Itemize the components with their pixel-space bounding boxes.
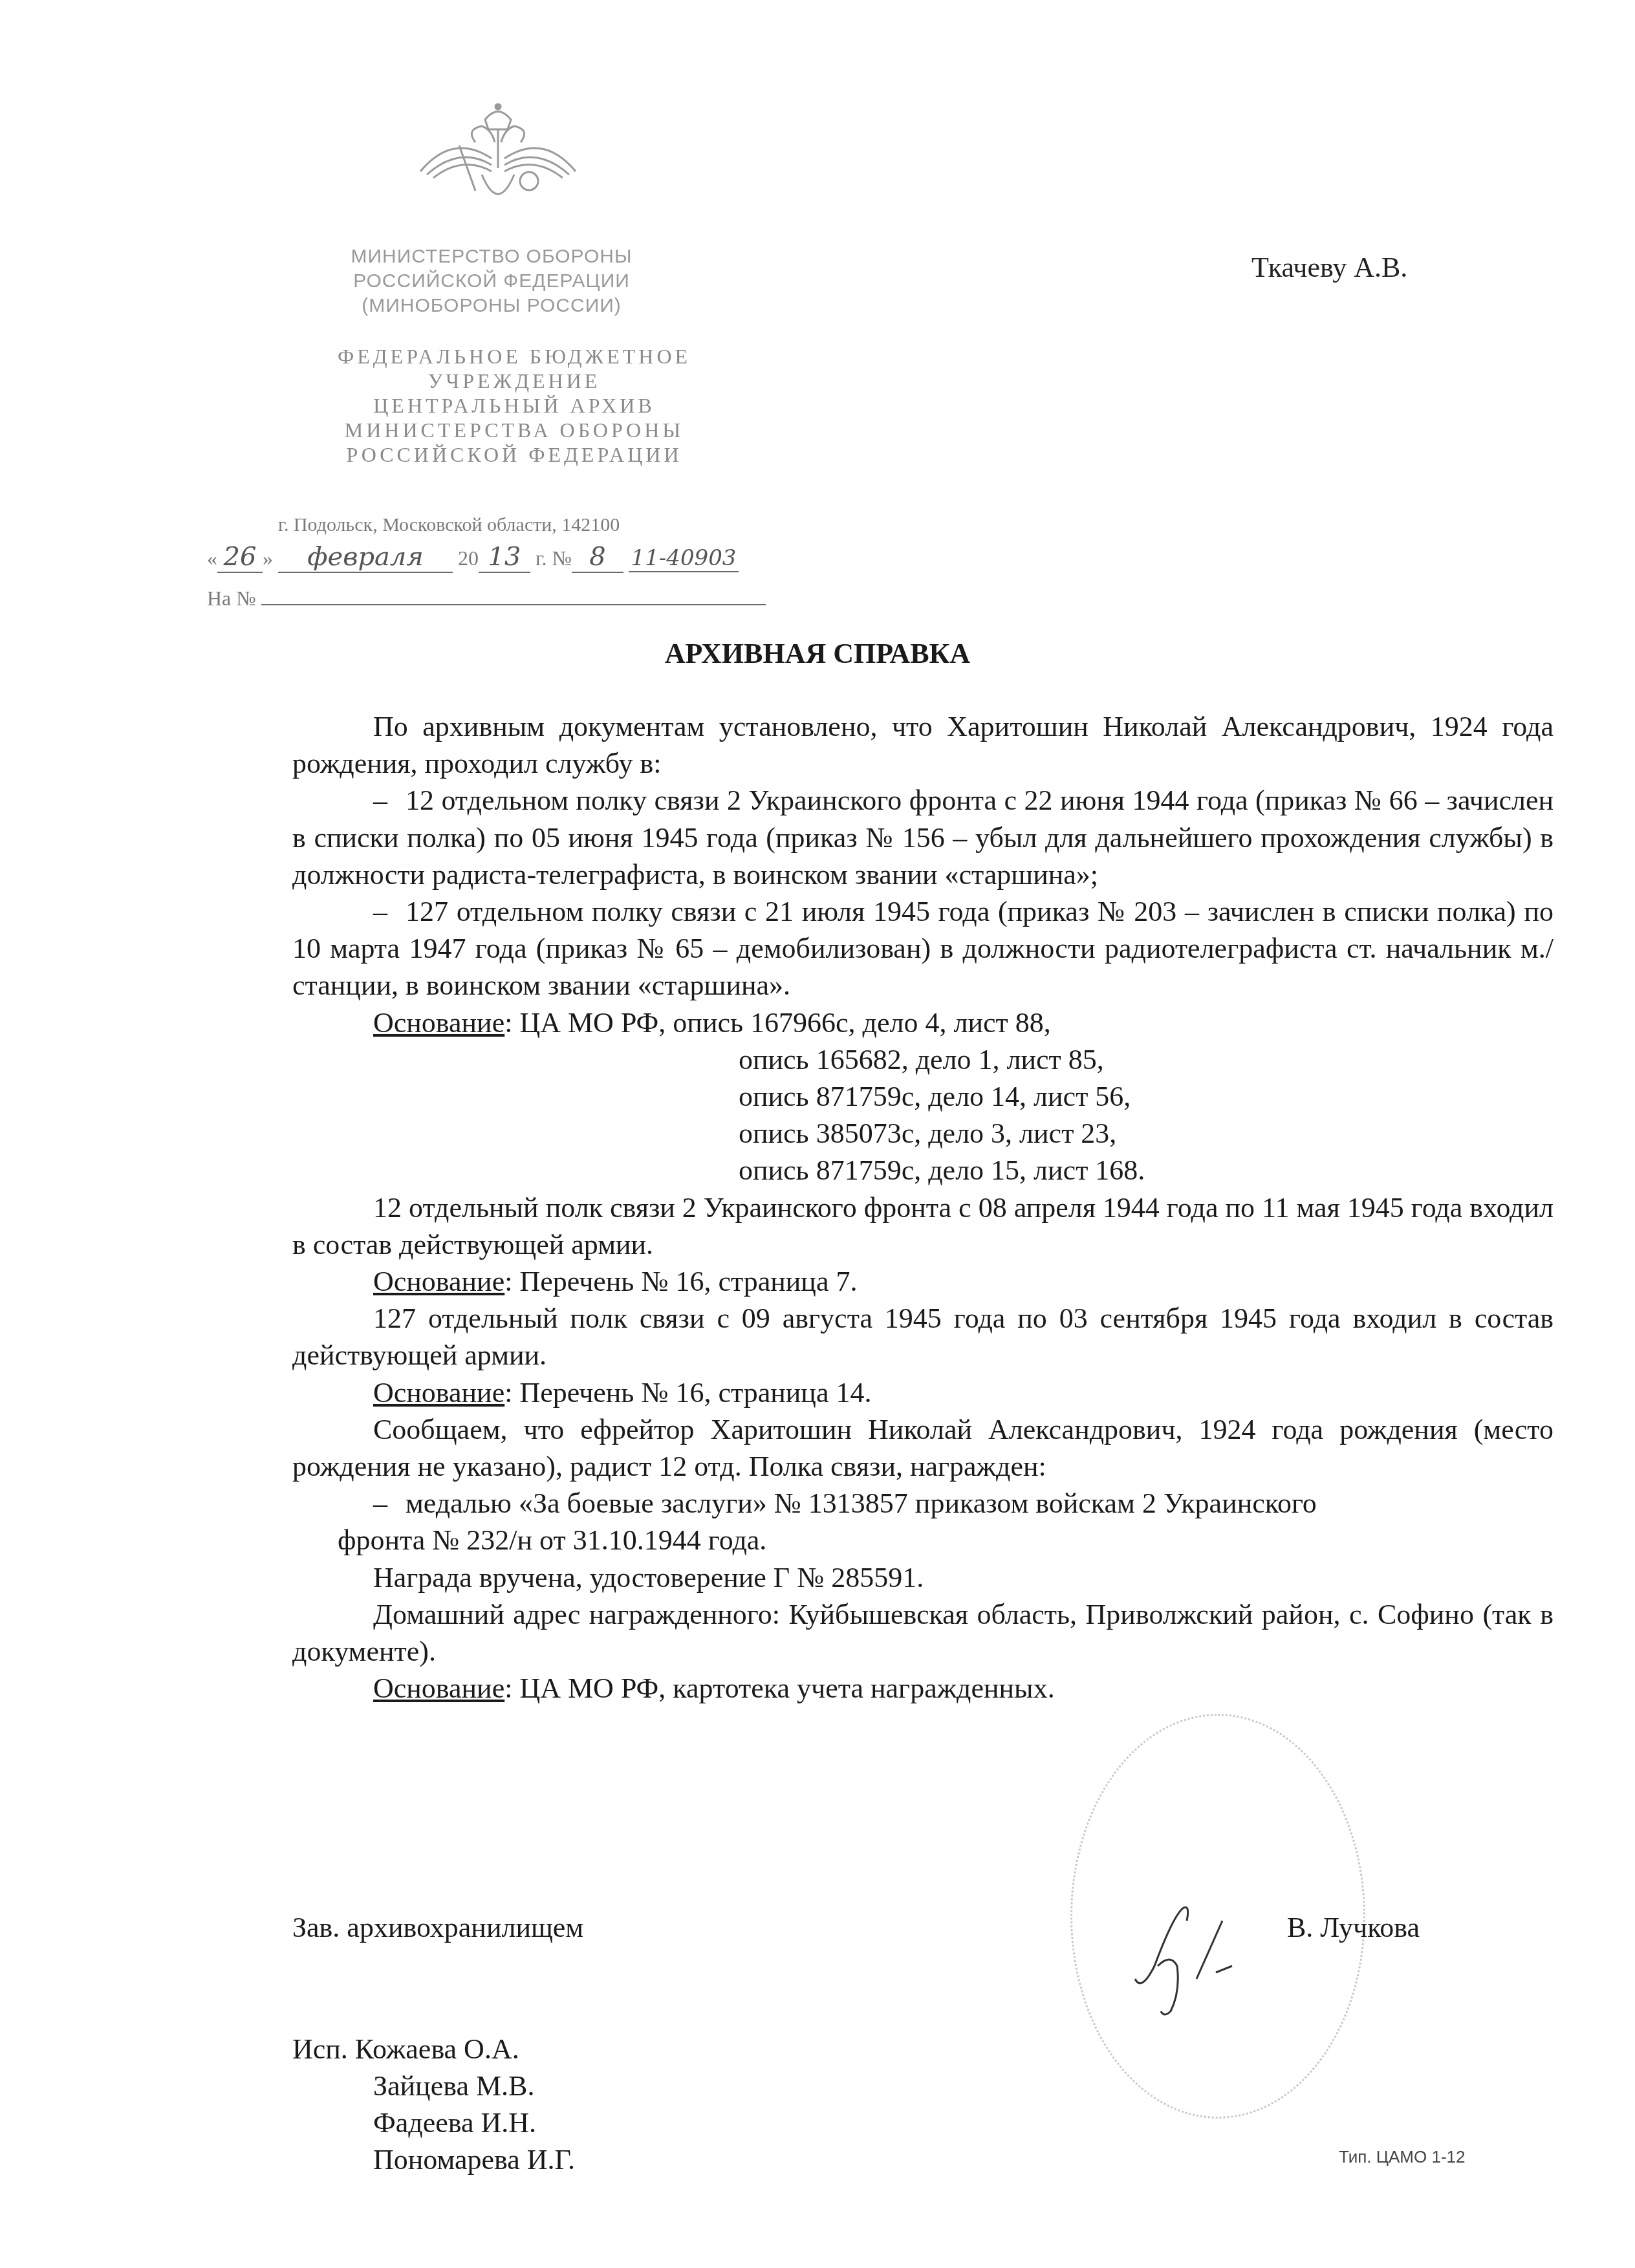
- archive-header: ФЕДЕРАЛЬНОЕ БЮДЖЕТНОЕ УЧРЕЖДЕНИЕ ЦЕНТРАЛ…: [304, 344, 724, 467]
- double-headed-eagle-emblem: [414, 100, 582, 210]
- basis-4: Основание: ЦА МО РФ, картотека учета наг…: [292, 1670, 1554, 1707]
- basis-2: Основание: Перечень № 16, страница 7.: [292, 1263, 1554, 1300]
- executors-list: Исп. Кожаева О.А. Зайцева М.В. Фадеева И…: [292, 2031, 575, 2178]
- outgoing-number-part2: 11-40903: [629, 545, 739, 572]
- service-text: 127 отдельном полку связи с 21 июля 1945…: [292, 896, 1554, 1001]
- archive-line: ФЕДЕРАЛЬНОЕ БЮДЖЕТНОЕ: [304, 344, 724, 369]
- basis-ref: опись 871759с, дело 15, лист 168.: [292, 1152, 1554, 1189]
- basis-3: Основание: Перечень № 16, страница 14.: [292, 1374, 1554, 1411]
- date-year: 13: [479, 542, 530, 573]
- basis-text: : Перечень № 16, страница 7.: [504, 1266, 857, 1297]
- outgoing-date-number: «26» февраля 2013 г. №8 11-40903: [207, 542, 739, 573]
- award-item: –медалью «За боевые заслуги» № 1313857 п…: [292, 1485, 1554, 1522]
- executors-label: Исп.: [292, 2033, 348, 2065]
- print-mark: Тип. ЦАМО 1-12: [1339, 2147, 1466, 2167]
- service-item: –127 отдельном полку связи с 21 июля 194…: [292, 893, 1554, 1004]
- basis-text: : ЦА МО РФ, картотека учета награжденных…: [504, 1672, 1054, 1704]
- reply-to-field: На №: [207, 582, 766, 610]
- executor: Фадеева И.Н.: [292, 2104, 575, 2141]
- archive-address: г. Подольск, Московской области, 142100: [278, 514, 620, 536]
- basis-text: : ЦА МО РФ, опись 167966с, дело 4, лист …: [504, 1007, 1051, 1039]
- award-delivered: Награда вручена, удостоверение Г № 28559…: [292, 1559, 1554, 1596]
- basis-ref: опись 385073с, дело 3, лист 23,: [292, 1115, 1554, 1152]
- list-dash: –: [373, 1485, 406, 1522]
- basis-label: Основание: [373, 1377, 504, 1409]
- date-day: 26: [217, 542, 263, 573]
- reply-to-value: [261, 582, 766, 605]
- outgoing-number-part1: 8: [572, 542, 623, 573]
- executor: Пономарева И.Г.: [292, 2141, 575, 2178]
- ministry-line: (МИНОБОРОНЫ РОССИИ): [304, 294, 679, 318]
- archive-line: РОССИЙСКОЙ ФЕДЕРАЦИИ: [304, 442, 724, 467]
- executor: Зайцева М.В.: [292, 2068, 575, 2104]
- signer-position: Зав. архивохранилищем: [292, 1911, 583, 1944]
- ministry-line: РОССИЙСКОЙ ФЕДЕРАЦИИ: [304, 269, 679, 294]
- quote-open: «: [207, 546, 217, 570]
- ministry-line: МИНИСТЕРСТВО ОБОРОНЫ: [304, 244, 679, 269]
- basis-label: Основание: [373, 1007, 504, 1039]
- basis-label: Основание: [373, 1672, 504, 1704]
- list-dash: –: [373, 893, 406, 930]
- service-text: 12 отдельном полку связи 2 Украинского ф…: [292, 784, 1554, 890]
- service-item: –12 отдельном полку связи 2 Украинского …: [292, 782, 1554, 893]
- basis-ref: опись 165682, дело 1, лист 85,: [292, 1041, 1554, 1078]
- recipient: Ткачеву А.В.: [1251, 251, 1407, 284]
- basis-ref: опись 871759с, дело 14, лист 56,: [292, 1078, 1554, 1115]
- award-text: медалью «За боевые заслуги» № 1313857 пр…: [406, 1487, 1317, 1519]
- document-title: АРХИВНАЯ СПРАВКА: [0, 637, 1635, 670]
- executor: Исп. Кожаева О.А.: [292, 2031, 575, 2068]
- basis-label: Основание: [373, 1266, 504, 1297]
- list-dash: –: [373, 782, 406, 819]
- executor-name: Кожаева О.А.: [355, 2033, 519, 2065]
- reply-to-label: На №: [207, 587, 256, 610]
- archive-line: ЦЕНТРАЛЬНЫЙ АРХИВ: [304, 393, 724, 418]
- quote-close: »: [263, 546, 273, 570]
- intro-paragraph: По архивным документам установлено, что …: [292, 708, 1554, 782]
- award-intro: Сообщаем, что ефрейтор Харитошин Николай…: [292, 1411, 1554, 1485]
- date-month: февраля: [278, 542, 453, 573]
- document-body: По архивным документам установлено, что …: [292, 708, 1554, 1707]
- army-paragraph-2: 127 отдельный полк связи с 09 августа 19…: [292, 1300, 1554, 1374]
- date-century: 20: [458, 546, 479, 570]
- award-item-cont: фронта № 232/н от 31.10.1944 года.: [292, 1522, 1554, 1559]
- archive-line: УЧРЕЖДЕНИЕ: [304, 369, 724, 393]
- basis-text: : Перечень № 16, страница 14.: [504, 1377, 871, 1409]
- archive-line: МИНИСТЕРСТВА ОБОРОНЫ: [304, 418, 724, 442]
- basis-1: Основание: ЦА МО РФ, опись 167966с, дело…: [292, 1004, 1554, 1041]
- army-paragraph-1: 12 отдельный полк связи 2 Украинского фр…: [292, 1189, 1554, 1263]
- ministry-header: МИНИСТЕРСТВО ОБОРОНЫ РОССИЙСКОЙ ФЕДЕРАЦИ…: [304, 244, 679, 318]
- number-label: г. №: [536, 546, 572, 570]
- home-address: Домашний адрес награжденного: Куйбышевск…: [292, 1596, 1554, 1670]
- signer-name: В. Лучкова: [1287, 1911, 1420, 1944]
- handwritten-signature: [1125, 1888, 1294, 2018]
